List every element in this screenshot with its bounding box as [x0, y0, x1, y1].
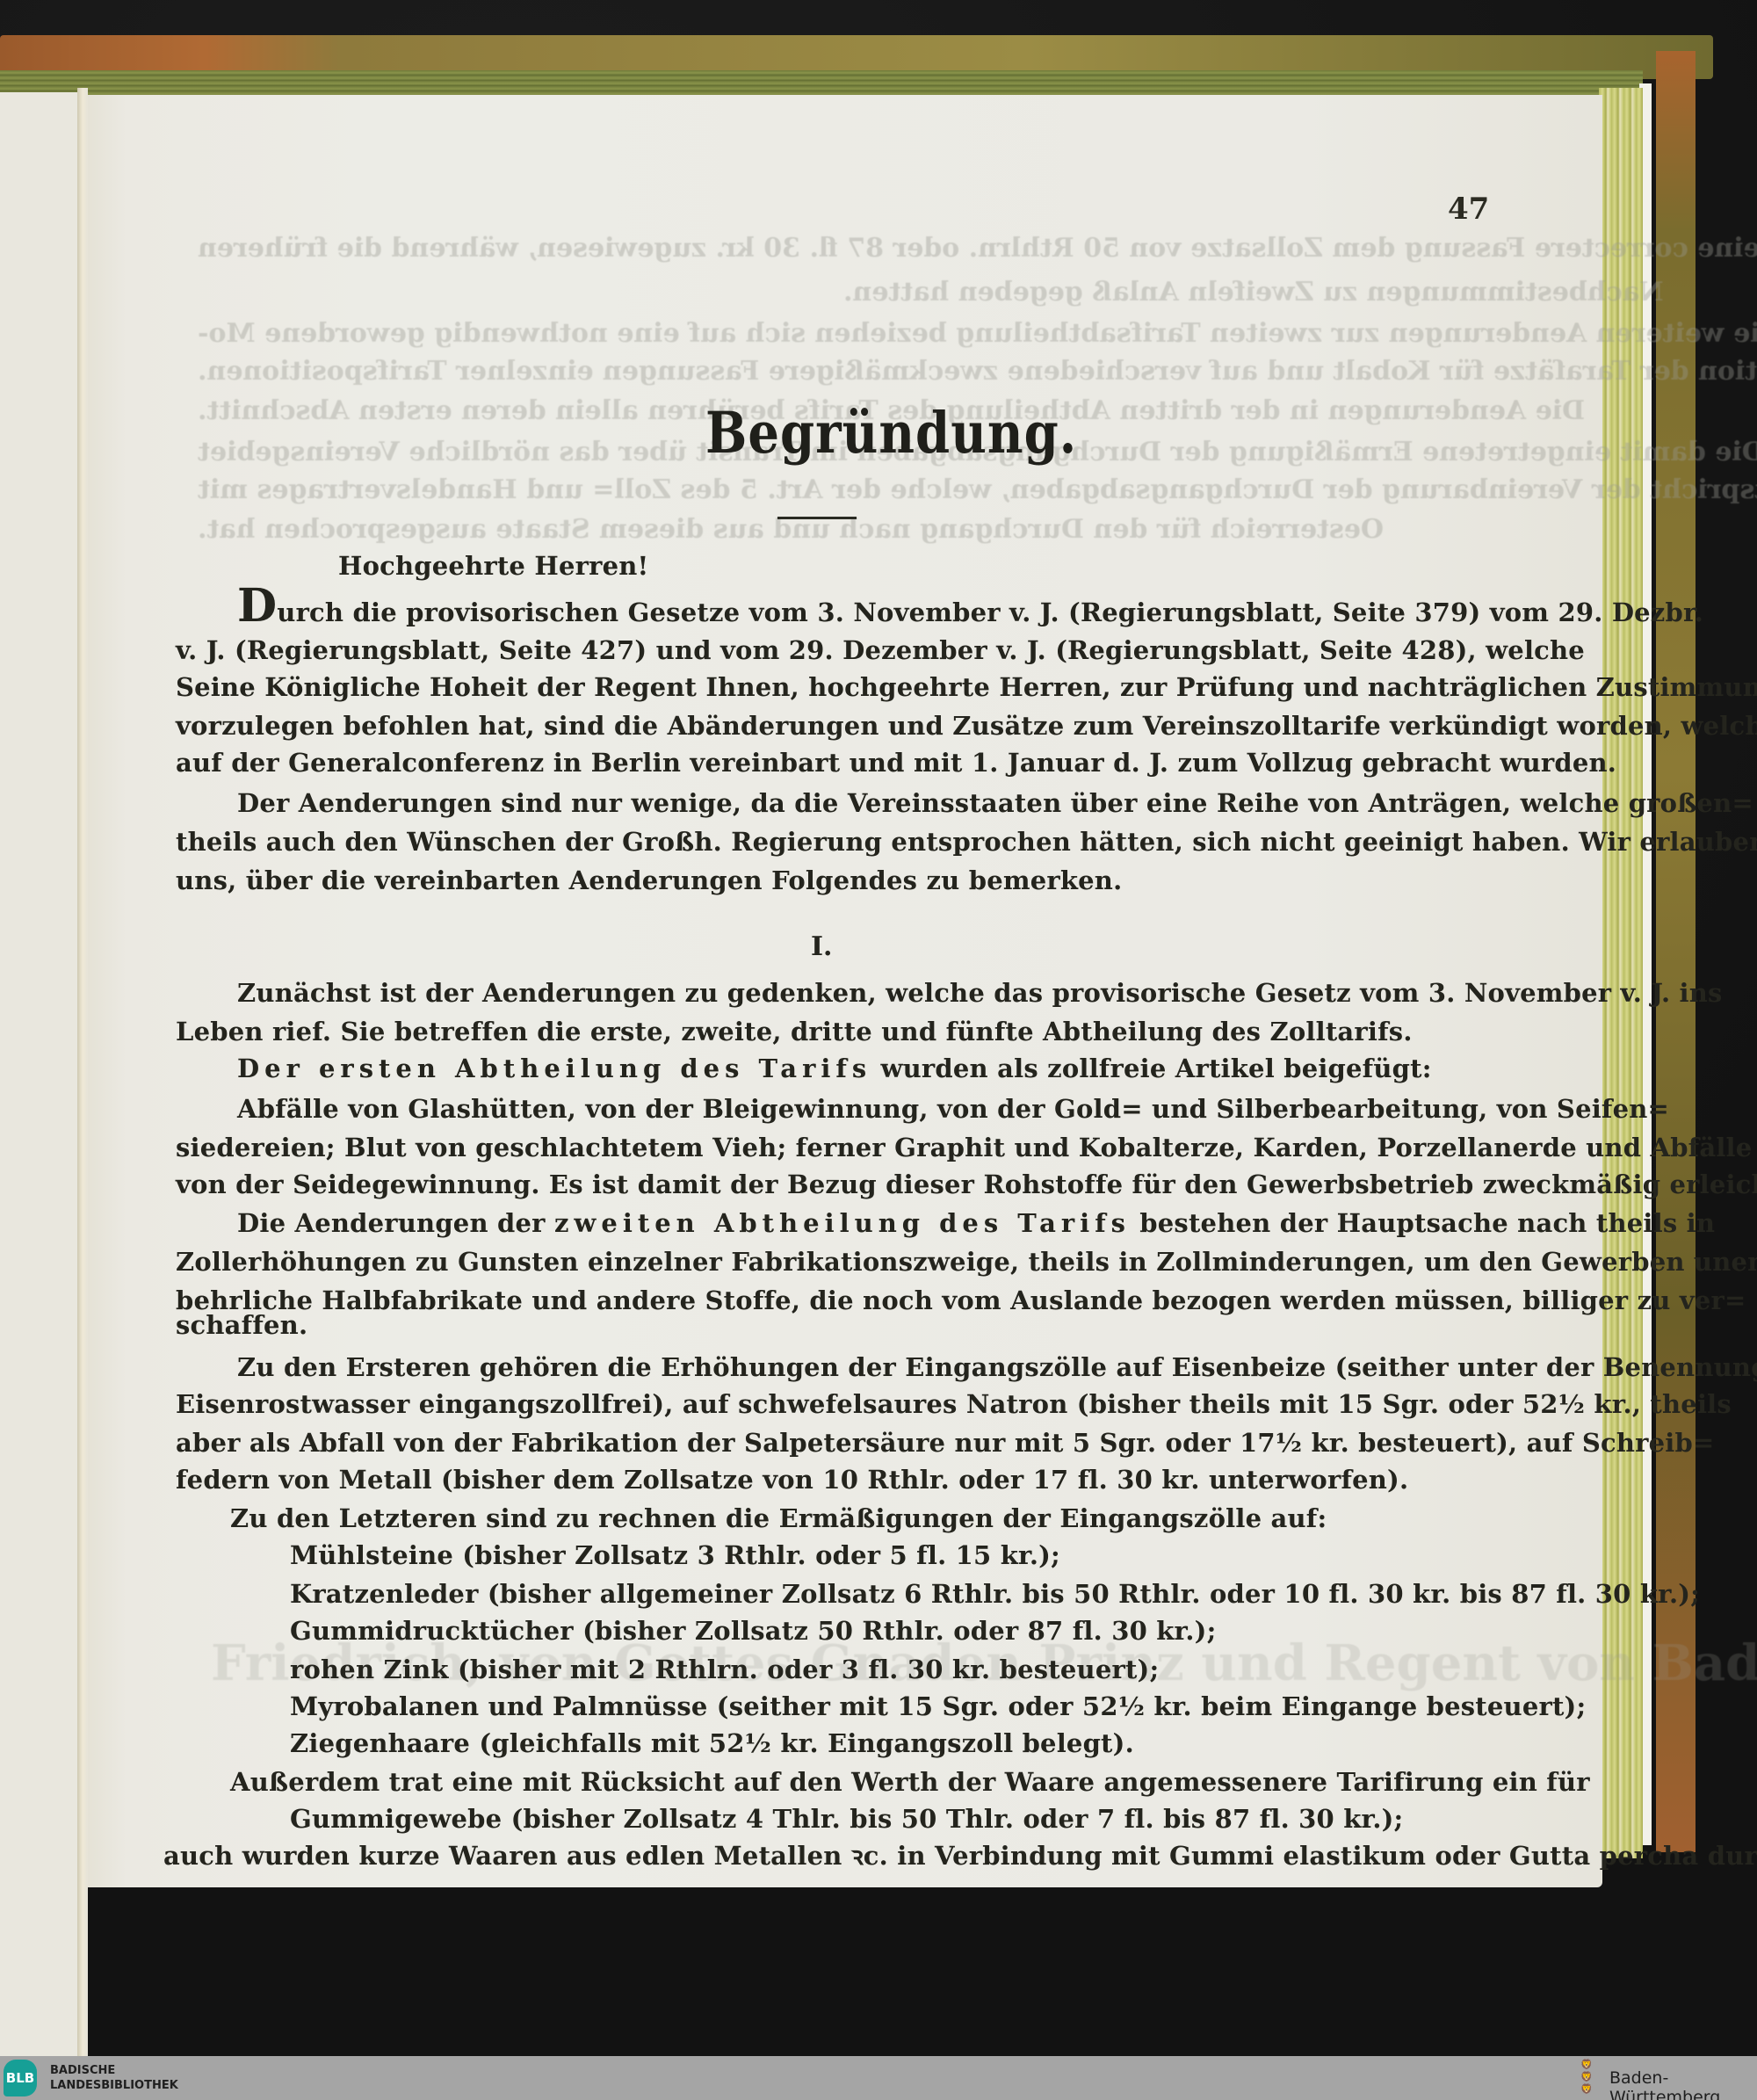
paragraph-line: auch wurden kurze Waaren aus edlen Metal…: [163, 1840, 1757, 1872]
paragraph-line: Eisenrostwasser eingangszollfrei), auf s…: [176, 1388, 1732, 1420]
paragraph-line: von der Seidegewinnung. Es ist damit der…: [176, 1169, 1757, 1200]
state-name[interactable]: Baden-Württemberg: [1609, 2068, 1757, 2100]
title-divider: [777, 517, 857, 519]
paragraph-line: vorzulegen befohlen hat, sind die Abände…: [176, 710, 1757, 742]
footer-bar: BLB BADISCHE LANDESBIBLIOTHEK 🦁🦁🦁 Baden-…: [0, 2056, 1757, 2100]
paragraph-line: Leben rief. Sie betreffen die erste, zwe…: [176, 1016, 1413, 1047]
list-item: Gummidrucktücher (bisher Zollsatz 50 Rth…: [290, 1615, 1216, 1647]
paragraph-line: Durch die provisorischen Gesetze vom 3. …: [237, 590, 1703, 628]
show-through-line: eine correctere Fassung dem Zollsatze vo…: [198, 233, 1757, 264]
list-item: Kratzenleder (bisher allgemeiner Zollsat…: [290, 1578, 1700, 1610]
list-item: Myrobalanen und Palmnüsse (seither mit 1…: [290, 1691, 1586, 1722]
list-item: rohen Zink (bisher mit 2 Rthlrn. oder 3 …: [290, 1654, 1159, 1685]
paragraph-line: v. J. (Regierungsblatt, Seite 427) und v…: [176, 634, 1585, 666]
paragraph-line: Außerdem trat eine mit Rücksicht auf den…: [230, 1766, 1590, 1798]
show-through-line: Nachbestimmungen zu Zweifeln Anlaß gegeb…: [843, 277, 1664, 308]
paragraph-line: aber als Abfall von der Fabrikation der …: [176, 1427, 1714, 1459]
lion-crest-icon: 🦁🦁🦁: [1575, 2059, 1598, 2096]
page-stack-top: [0, 70, 1643, 97]
salutation: Hochgeehrte Herren!: [338, 550, 648, 582]
paragraph-line: schaffen.: [176, 1309, 307, 1341]
paragraph-line: Zollerhöhungen zu Gunsten einzelner Fabr…: [176, 1246, 1757, 1278]
paragraph-line: Der Aenderungen sind nur wenige, da die …: [237, 787, 1753, 819]
paragraph-line: siedereien; Blut von geschlachtetem Vieh…: [176, 1132, 1752, 1163]
paragraph-line: Die Aenderungen der zweiten Abtheilung d…: [237, 1207, 1715, 1239]
paragraph-line: Abfälle von Glashütten, von der Bleigewi…: [237, 1093, 1669, 1125]
paragraph-line: uns, über die vereinbarten Aenderungen F…: [176, 865, 1122, 896]
left-page-edge: [0, 92, 83, 2065]
show-through-line: dification der Taraſätze für Kobalt und …: [198, 356, 1757, 387]
paragraph-line: Seine Königliche Hoheit der Regent Ihnen…: [176, 671, 1757, 703]
library-name: BADISCHE LANDESBIBLIOTHEK: [50, 2063, 178, 2093]
book-gutter: [77, 88, 88, 2065]
list-item: Ziegenhaare (gleichfalls mit 52½ kr. Ein…: [290, 1727, 1134, 1759]
show-through-line: entspricht der Vereinbarung der Durchgan…: [198, 474, 1757, 505]
list-item: Gummigewebe (bisher Zollsatz 4 Thlr. bis…: [290, 1803, 1403, 1835]
paragraph-line: theils auch den Wünschen der Großh. Regi…: [176, 826, 1757, 858]
drop-cap: D: [237, 579, 277, 633]
show-through-line: Die weiteren Aenderungen zur zweiten Tar…: [198, 318, 1757, 349]
blb-logo[interactable]: BLB: [4, 2060, 37, 2096]
page-number: 47: [1448, 192, 1489, 227]
section-number: I.: [811, 931, 832, 962]
paragraph-line: auf der Generalconferenz in Berlin verei…: [176, 747, 1616, 778]
page-title: Begründung.: [705, 400, 1077, 467]
paragraph-line: Zu den Letzteren sind zu rechnen die Erm…: [230, 1503, 1327, 1534]
paragraph-line: federn von Metall (bisher dem Zollsatze …: [176, 1464, 1408, 1495]
paragraph-line: behrliche Halbfabrikate und andere Stoff…: [176, 1285, 1746, 1316]
paragraph-line: Der ersten Abtheilung des Tarifs wurden …: [237, 1053, 1432, 1084]
paragraph-line: Zu den Ersteren gehören die Erhöhungen d…: [237, 1351, 1757, 1383]
paragraph-line: Zunächst ist der Aenderungen zu gedenken…: [237, 977, 1723, 1009]
list-item: Mühlsteine (bisher Zollsatz 3 Rthlr. ode…: [290, 1539, 1060, 1571]
